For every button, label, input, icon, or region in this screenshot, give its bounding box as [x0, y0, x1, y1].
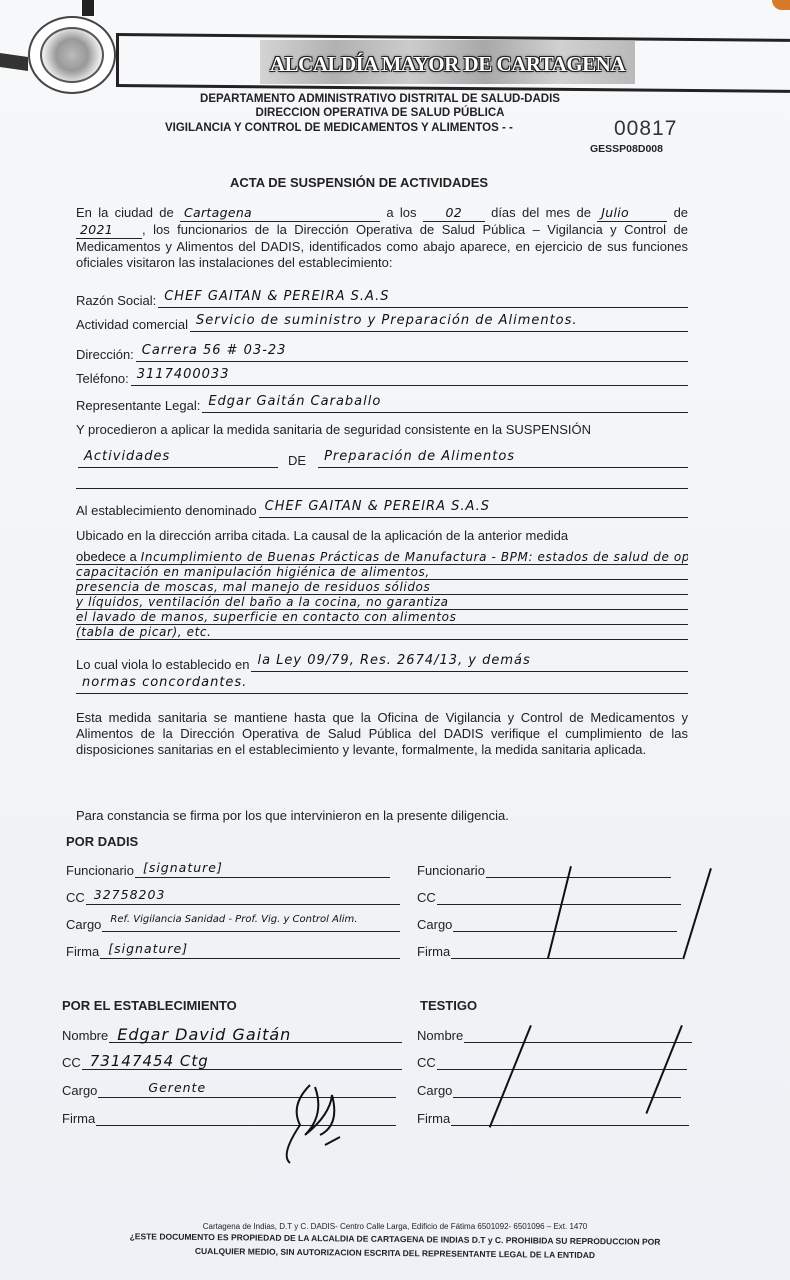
- city-seal-icon: [28, 16, 116, 94]
- dadis2-cargo-field[interactable]: [453, 914, 677, 932]
- dadis2-funcionario-field[interactable]: [486, 860, 671, 878]
- direccion-label: Dirección:: [76, 347, 134, 362]
- dadis-firma-row: Firma [signature]: [66, 941, 400, 959]
- document-title: ACTA DE SUSPENSIÓN DE ACTIVIDADES: [230, 175, 488, 190]
- cc-label: CC: [66, 890, 85, 905]
- nombre-label: Nombre: [62, 1028, 108, 1043]
- dadis2-cc-field[interactable]: [437, 887, 681, 905]
- denominado-row: Al establecimiento denominado CHEF GAITA…: [76, 498, 688, 518]
- telefono-field[interactable]: 3117400033: [131, 367, 688, 386]
- intro-text: días del mes de: [491, 205, 591, 220]
- signature-mark-icon: [270, 1075, 350, 1165]
- witness-firma-field[interactable]: [451, 1108, 689, 1126]
- witness-nombre-field[interactable]: [464, 1025, 692, 1043]
- intro-text: de: [674, 205, 688, 220]
- direccion-row: Dirección: Carrera 56 # 03-23: [76, 342, 688, 362]
- dadis-cc-field[interactable]: 32758203: [86, 887, 400, 905]
- banner-border: [116, 33, 119, 87]
- blank-line: [76, 488, 688, 489]
- month-field[interactable]: Julio: [597, 205, 667, 222]
- document-code: GESSP08D008: [590, 143, 663, 155]
- firma-label: Firma: [62, 1111, 95, 1126]
- causal-line[interactable]: presencia de moscas, mal manejo de resid…: [76, 580, 688, 595]
- telefono-label: Teléfono:: [76, 371, 129, 386]
- intro-text: , los funcionarios de la Dirección Opera…: [76, 222, 688, 270]
- est-nombre-row: Nombre Edgar David Gaitán: [62, 1025, 402, 1043]
- ubicado-text: Ubicado en la dirección arriba citada. L…: [76, 528, 688, 544]
- cargo-label: Cargo: [66, 917, 101, 932]
- document-number: 00817: [614, 117, 677, 141]
- actividad-row: Actividad comercial Servicio de suminist…: [76, 312, 688, 332]
- representante-field[interactable]: Edgar Gaitán Caraballo: [202, 394, 688, 413]
- dadis2-cargo-row: Cargo: [417, 914, 677, 932]
- actividad-label: Actividad comercial: [76, 317, 188, 332]
- denominado-field[interactable]: CHEF GAITAN & PEREIRA S.A.S: [259, 499, 688, 518]
- viola-row-2: normas concordantes.: [76, 674, 688, 694]
- suspension-of-field[interactable]: Preparación de Alimentos: [318, 449, 688, 468]
- razon-social-row: Razón Social: CHEF GAITAN & PEREIRA S.A.…: [76, 288, 688, 308]
- witness-cc-field[interactable]: [437, 1052, 687, 1070]
- dadis2-firma-field[interactable]: [451, 941, 682, 959]
- funcionario-label: Funcionario: [66, 863, 134, 878]
- cc-label: CC: [417, 890, 436, 905]
- suspension-type-field[interactable]: Actividades: [78, 449, 278, 468]
- establishment-heading: POR EL ESTABLECIMIENTO: [62, 998, 237, 1013]
- dadis-firma-field[interactable]: [signature]: [100, 941, 400, 959]
- dadis-funcionario-field[interactable]: [signature]: [135, 860, 390, 878]
- causal-text: Incumplimiento de Buenas Prácticas de Ma…: [141, 550, 688, 564]
- intro-paragraph: En la ciudad de Cartagena a los 02 días …: [76, 205, 688, 271]
- department-name: DEPARTAMENTO ADMINISTRATIVO DISTRITAL DE…: [130, 93, 630, 105]
- representante-row: Representante Legal: Edgar Gaitán Caraba…: [76, 393, 688, 413]
- causal-line[interactable]: el lavado de manos, superficie en contac…: [76, 610, 688, 625]
- causal-line[interactable]: y líquidos, ventilación del baño a la co…: [76, 595, 688, 610]
- est-nombre-field[interactable]: Edgar David Gaitán: [109, 1025, 402, 1043]
- day-field[interactable]: 02: [423, 205, 485, 222]
- actividad-field[interactable]: Servicio de suministro y Preparación de …: [190, 313, 688, 332]
- dadis-cargo-field[interactable]: Ref. Vigilancia Sanidad - Prof. Vig. y C…: [102, 914, 400, 932]
- razon-social-field[interactable]: CHEF GAITAN & PEREIRA S.A.S: [158, 289, 688, 308]
- razon-social-label: Razón Social:: [76, 293, 156, 308]
- intro-text: En la ciudad de: [76, 205, 174, 220]
- dadis2-funcionario-row: Funcionario: [417, 860, 671, 878]
- procede-text: Y procedieron a aplicar la medida sanita…: [76, 422, 688, 438]
- office-name: VIGILANCIA Y CONTROL DE MEDICAMENTOS Y A…: [165, 122, 625, 134]
- witness-nombre-row: Nombre: [417, 1025, 692, 1043]
- est-cc-field[interactable]: 73147454 Ctg: [82, 1052, 402, 1070]
- funcionario-label: Funcionario: [417, 863, 485, 878]
- viola-row: Lo cual viola lo establecido en la Ley 0…: [76, 652, 688, 672]
- firma-label: Firma: [417, 944, 450, 959]
- viola-field-2[interactable]: normas concordantes.: [76, 675, 688, 694]
- representante-label: Representante Legal:: [76, 398, 200, 413]
- cargo-label: Cargo: [62, 1083, 97, 1098]
- witness-cc-row: CC: [417, 1052, 687, 1070]
- firma-label: Firma: [66, 944, 99, 959]
- witness-heading: TESTIGO: [420, 998, 477, 1013]
- dadis-cc-row: CC 32758203: [66, 887, 400, 905]
- footer-address: Cartagena de Indias, D.T y C. DADIS- Cen…: [0, 1222, 790, 1231]
- causal-line[interactable]: obedece a Incumplimiento de Buenas Práct…: [76, 550, 688, 565]
- cross-out-line: [682, 868, 712, 959]
- viola-label: Lo cual viola lo establecido en: [76, 657, 249, 672]
- cargo-label: Cargo: [417, 1083, 452, 1098]
- seal-emblem: [40, 27, 104, 83]
- est-cc-row: CC 73147454 Ctg: [62, 1052, 402, 1070]
- cc-label: CC: [62, 1055, 81, 1070]
- direccion-field[interactable]: Carrera 56 # 03-23: [136, 343, 688, 362]
- cc-label: CC: [417, 1055, 436, 1070]
- city-field[interactable]: Cartagena: [180, 205, 380, 222]
- scan-artifact: [772, 0, 790, 10]
- intro-text: a los: [386, 205, 416, 220]
- dadis-heading: POR DADIS: [66, 834, 138, 849]
- directorate-name: DIRECCION OPERATIVA DE SALUD PÚBLICA: [130, 107, 630, 119]
- document-page: ALCALDÍA MAYOR DE CARTAGENA DEPARTAMENTO…: [0, 0, 790, 1280]
- est-cargo-field[interactable]: Gerente: [98, 1080, 396, 1098]
- scan-artifact: [82, 0, 94, 16]
- dadis2-cc-row: CC: [417, 887, 681, 905]
- obedece-label: obedece a: [76, 550, 137, 564]
- causal-block: obedece a Incumplimiento de Buenas Práct…: [76, 550, 790, 640]
- firma-label: Firma: [417, 1111, 450, 1126]
- telefono-row: Teléfono: 3117400033: [76, 366, 688, 386]
- medida-paragraph: Esta medida sanitaria se mantiene hasta …: [76, 710, 688, 758]
- witness-cargo-field[interactable]: [453, 1080, 681, 1098]
- viola-field[interactable]: la Ley 09/79, Res. 2674/13, y demás: [251, 653, 688, 672]
- banner-border: [116, 84, 790, 93]
- cargo-label: Cargo: [417, 917, 452, 932]
- causal-line[interactable]: capacitación en manipulación higiénica d…: [76, 565, 688, 580]
- year-field[interactable]: 2021: [76, 222, 142, 239]
- denominado-label: Al establecimiento denominado: [76, 503, 257, 518]
- nombre-label: Nombre: [417, 1028, 463, 1043]
- scan-artifact: [0, 53, 28, 71]
- banner-title: ALCALDÍA MAYOR DE CARTAGENA: [255, 52, 640, 77]
- causal-line[interactable]: (tabla de picar), etc.: [76, 625, 688, 640]
- suspension-row: Actividades DE Preparación de Alimentos: [76, 448, 688, 468]
- witness-cargo-row: Cargo: [417, 1080, 681, 1098]
- dadis-cargo-row: Cargo Ref. Vigilancia Sanidad - Prof. Vi…: [66, 914, 400, 932]
- est-firma-field[interactable]: [96, 1108, 396, 1126]
- de-label: DE: [288, 453, 306, 468]
- constancia-text: Para constancia se firma por los que int…: [76, 808, 688, 824]
- dadis-funcionario-row: Funcionario [signature]: [66, 860, 390, 878]
